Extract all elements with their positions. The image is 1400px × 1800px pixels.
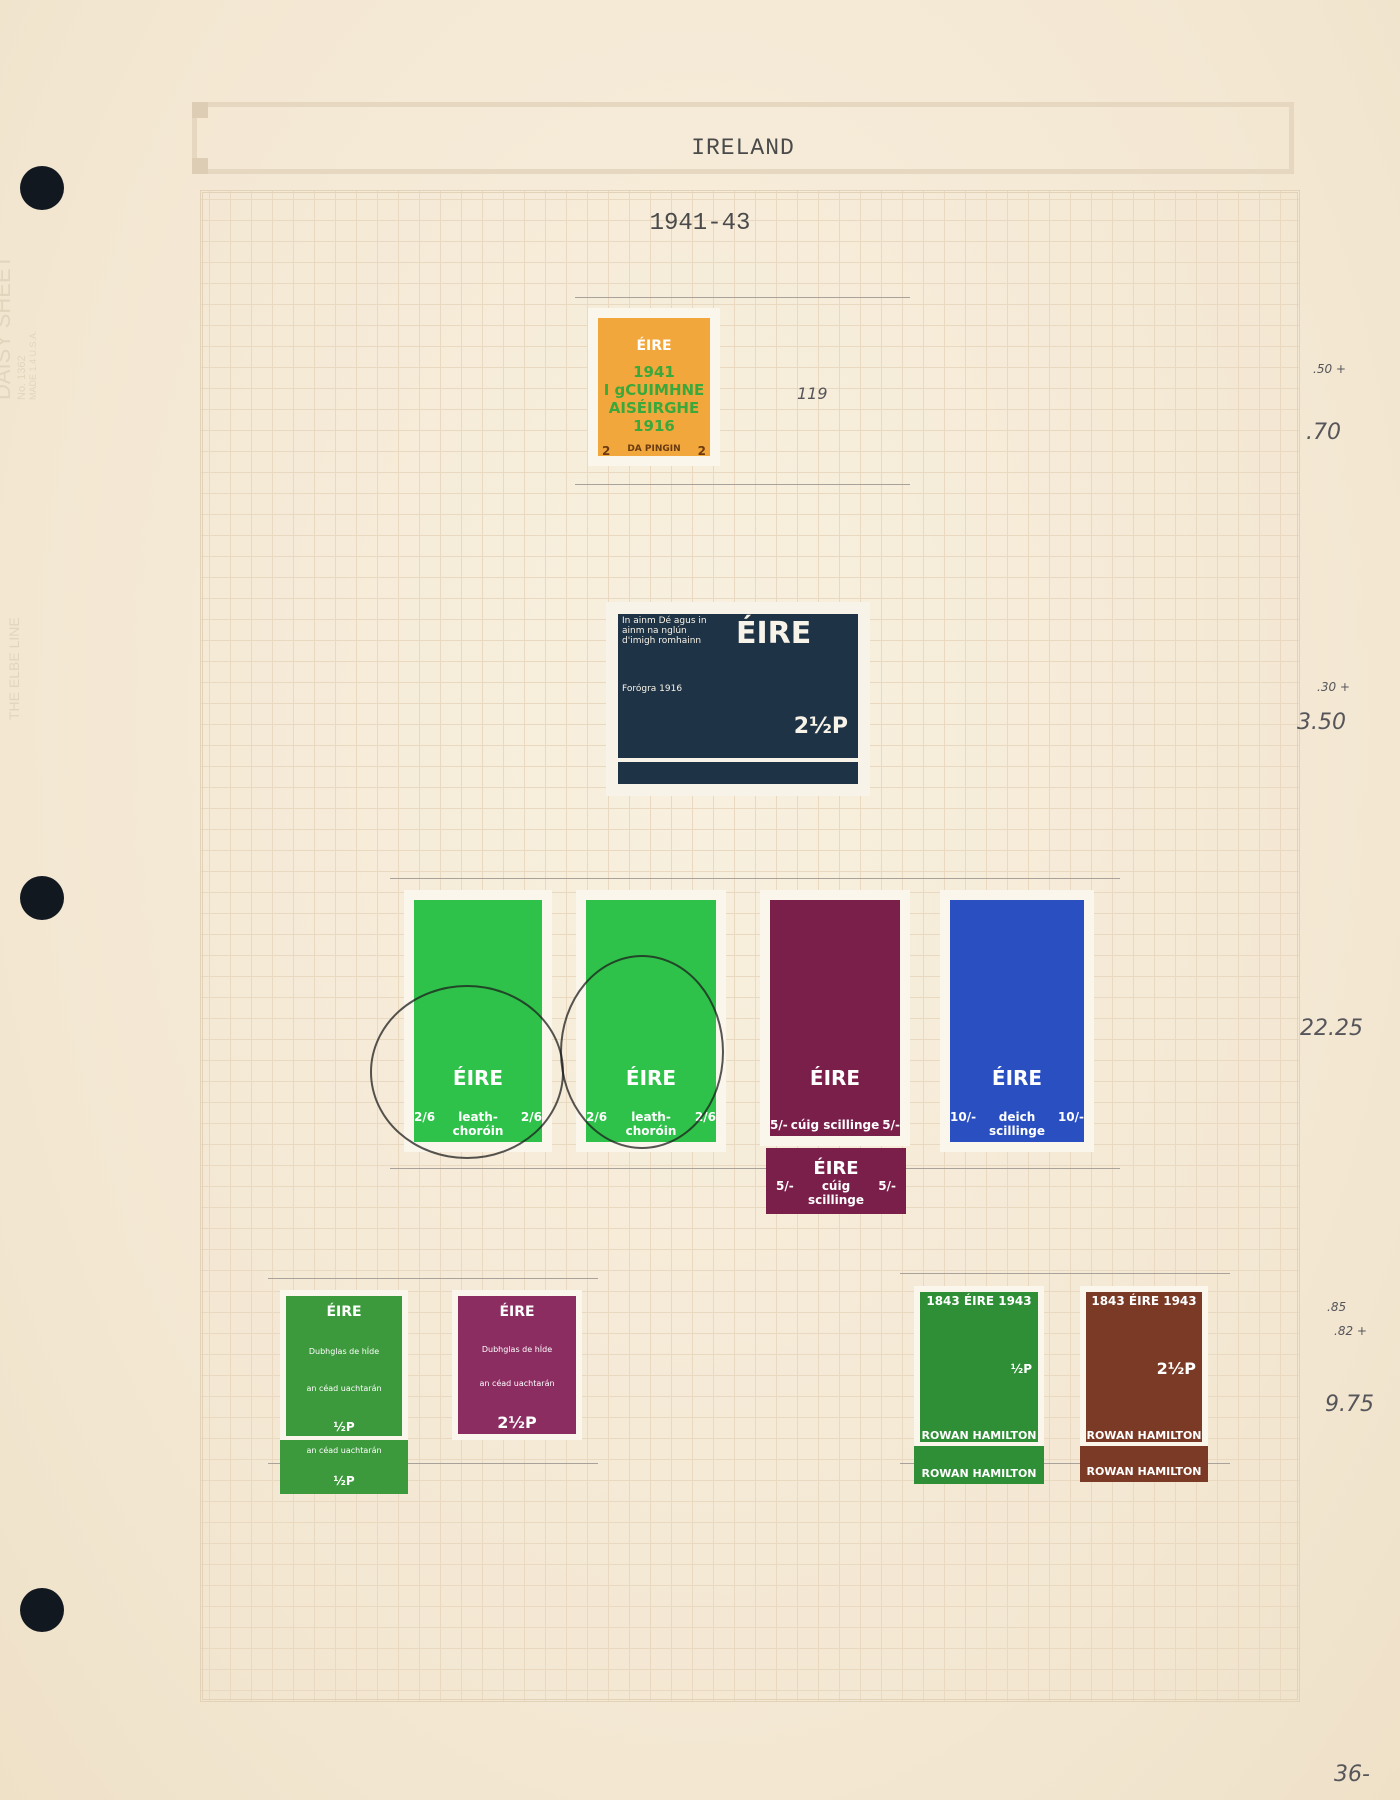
postmark <box>560 955 724 1149</box>
stamp-value-text: DA PINGIN <box>627 444 680 458</box>
stamp-country: ÉIRE <box>992 1066 1042 1090</box>
stamp-value: 5/- <box>882 1118 900 1132</box>
stamp-value: 2 <box>602 444 610 458</box>
overprint-line: I gCUIMHNE <box>604 381 705 399</box>
period-title: 1941-43 <box>0 210 1400 237</box>
stamp-value: 2 <box>698 444 706 458</box>
album-page: DAISY SHEET No. 1362 MADE 1.4 U.S.A. THE… <box>0 0 1400 1800</box>
stamp-value: 2½P <box>794 714 848 739</box>
stamp-country: ÉIRE <box>636 338 671 354</box>
stamp-name: Dubhglas de hÍde <box>482 1345 552 1354</box>
sheet-name: DAISY SHEET <box>0 255 16 400</box>
stamp-value: 5/- <box>770 1118 788 1132</box>
stamp-country: ÉIRE <box>810 1066 860 1090</box>
stamp-caption: an céad uachtarán <box>479 1379 554 1388</box>
stamp-value: 5/- <box>878 1179 896 1207</box>
stamp-value: 10/- <box>1058 1110 1084 1138</box>
stamp-rowan-hamilton-brown[interactable]: 1843 ÉIRE 1943 2½P ROWAN HAMILTON <box>1080 1286 1208 1448</box>
country-title: IRELAND <box>197 135 1289 161</box>
stamp-quote: In ainm Dé agus in ainm na nglún d'imigh… <box>622 616 710 646</box>
stamp-value: ½P <box>333 1474 354 1488</box>
price-note: .30 + <box>1317 680 1350 694</box>
stamp-source: Forógra 1916 <box>622 684 682 694</box>
sheet-number: No. 1362 <box>16 255 28 400</box>
page-number: 36- <box>1334 1762 1370 1787</box>
stamp-value: ½P <box>333 1420 354 1434</box>
stamp-easter-rising-overprint[interactable]: ÉIRE 1941 I gCUIMHNE AISÉIRGHE 1916 2 DA… <box>588 308 720 466</box>
stamp-country: ÉIRE <box>326 1304 361 1320</box>
stamp-country: ÉIRE <box>813 1158 858 1179</box>
sheet-brand: DAISY SHEET No. 1362 MADE 1.4 U.S.A. <box>0 255 38 400</box>
stamp-value: ½P <box>1011 1362 1032 1376</box>
price-note: .50 + <box>1313 362 1346 376</box>
stamp-name: ROWAN HAMILTON <box>921 1429 1036 1442</box>
stamp-name: ROWAN HAMILTON <box>921 1467 1036 1480</box>
price-note: .85 <box>1327 1300 1346 1314</box>
stamp-value: 2½P <box>1157 1359 1196 1378</box>
title-box: IRELAND <box>192 102 1294 174</box>
stamp-value-text: cúig scillinge <box>794 1179 879 1207</box>
binder-hole <box>20 1588 64 1632</box>
price-value: 9.75 <box>1325 1392 1374 1417</box>
stamp-caption: an céad uachtarán <box>306 1384 381 1393</box>
overprint-line: 1916 <box>604 417 705 435</box>
stamp-rowan-hamilton-green-strip[interactable]: ROWAN HAMILTON <box>914 1446 1044 1484</box>
overprint-line: AISÉIRGHE <box>604 399 705 417</box>
stamp-value-text: cúig scillinge <box>791 1118 880 1132</box>
stamp-country: ÉIRE <box>736 616 811 651</box>
stamp-value: 5/- <box>776 1179 794 1207</box>
stamp-douglas-hyde-green[interactable]: ÉIRE Dubhglas de hÍde an céad uachtarán … <box>280 1290 408 1442</box>
made-in: MADE 1.4 U.S.A. <box>28 255 38 400</box>
stamp-country: ÉIRE <box>499 1304 534 1320</box>
price-value: .70 <box>1306 420 1341 445</box>
overprint-line: 1941 <box>604 363 705 381</box>
stamp-st-patrick-blue[interactable]: ÉIRE 10/- deich scillinge 10/- <box>940 890 1094 1152</box>
stamp-easter-rising-soldier[interactable]: ÉIRE In ainm Dé agus in ainm na nglún d'… <box>606 602 870 796</box>
catalog-number: 119 <box>797 384 828 403</box>
stamp-value-text: deich scillinge <box>976 1110 1058 1138</box>
price-note: .82 + <box>1334 1324 1367 1338</box>
stamp-st-patrick-purple-strip[interactable]: ÉIRE 5/- cúig scillinge 5/- <box>766 1148 906 1214</box>
stamp-value: 2½P <box>497 1413 536 1432</box>
stamp-st-patrick-purple[interactable]: ÉIRE 5/- cúig scillinge 5/- <box>760 890 910 1146</box>
price-value: 3.50 <box>1297 710 1346 735</box>
stamp-years: 1843 ÉIRE 1943 <box>1091 1294 1196 1308</box>
stamp-years: 1843 ÉIRE 1943 <box>926 1294 1031 1308</box>
stamp-name: ROWAN HAMILTON <box>1086 1465 1201 1478</box>
binder-hole <box>20 166 64 210</box>
maker-logo: THE ELBE LINE <box>6 617 22 720</box>
stamp-name: Dubhglas de hÍde <box>309 1347 379 1356</box>
stamp-rowan-hamilton-green[interactable]: 1843 ÉIRE 1943 ½P ROWAN HAMILTON <box>914 1286 1044 1448</box>
stamp-value: 10/- <box>950 1110 976 1138</box>
stamp-name: ROWAN HAMILTON <box>1086 1429 1201 1442</box>
stamp-douglas-hyde-green-strip[interactable]: an céad uachtarán ½P <box>280 1440 408 1494</box>
stamp-caption: an céad uachtarán <box>306 1446 381 1455</box>
postmark <box>370 985 564 1159</box>
stamp-douglas-hyde-purple[interactable]: ÉIRE Dubhglas de hÍde an céad uachtarán … <box>452 1290 582 1440</box>
price-value: 22.25 <box>1300 1016 1363 1041</box>
stamp-rowan-hamilton-brown-strip[interactable]: ROWAN HAMILTON <box>1080 1446 1208 1482</box>
binder-hole <box>20 876 64 920</box>
